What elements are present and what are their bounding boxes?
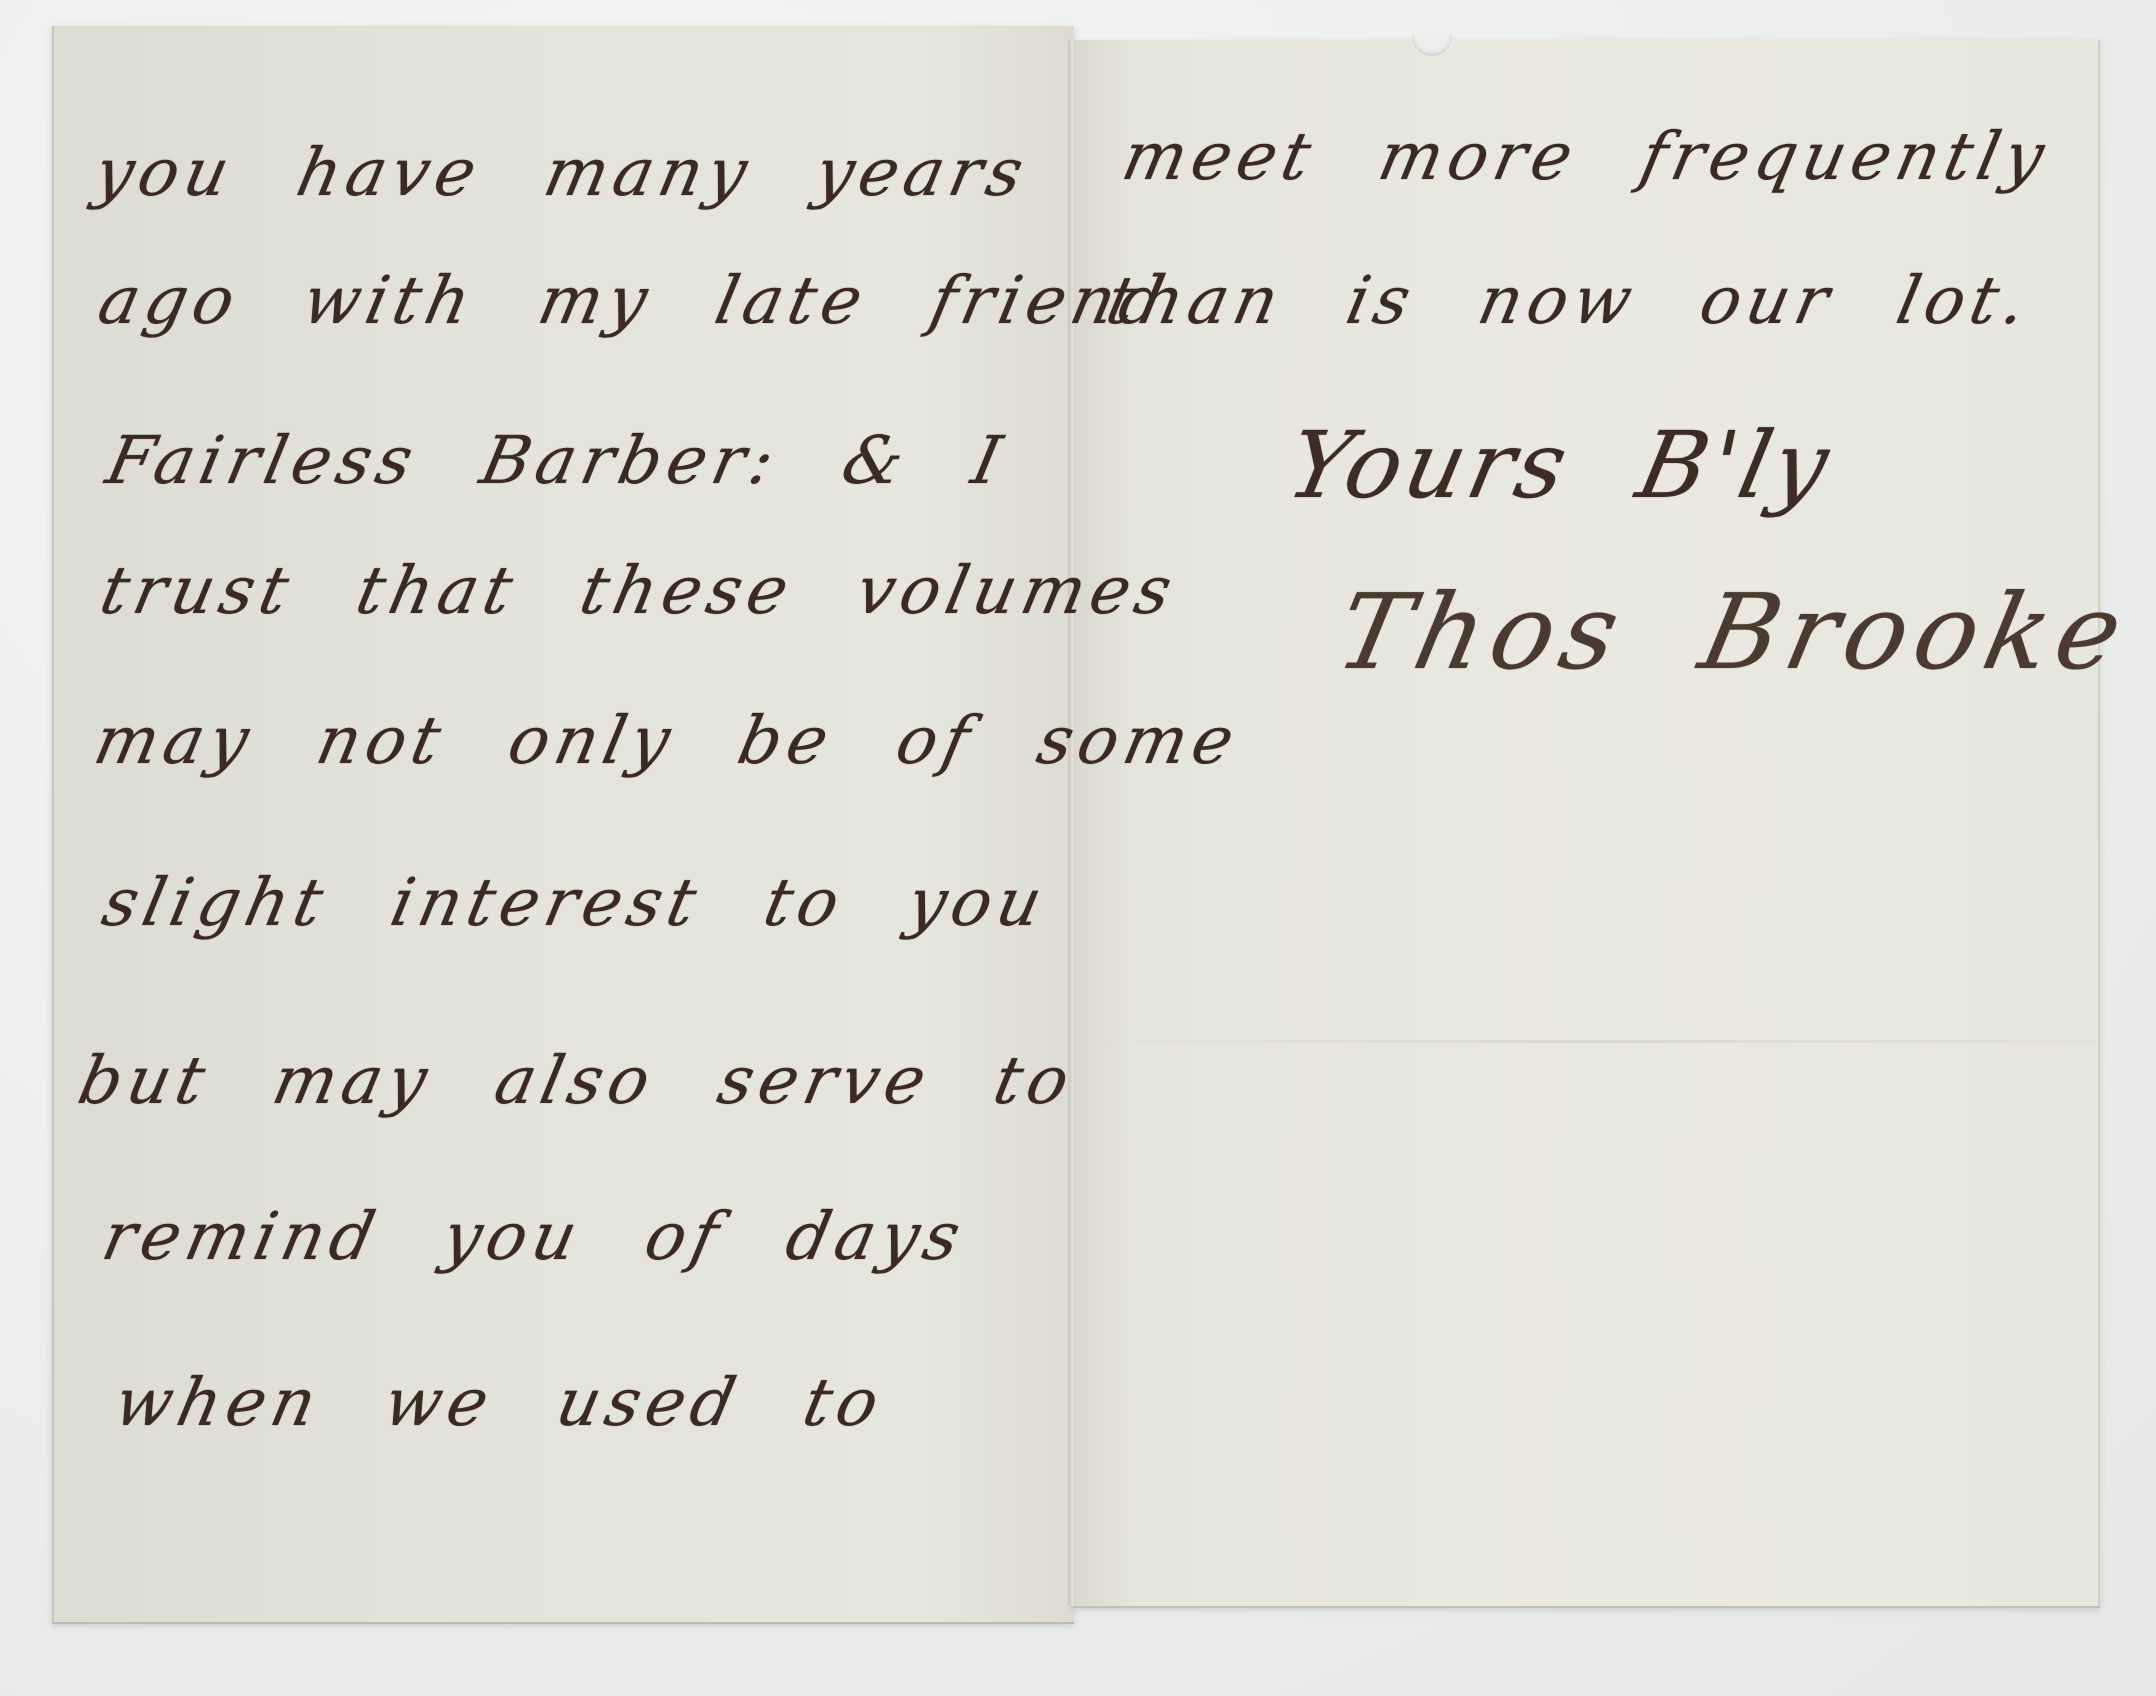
- left-line-4: trust that these volumes: [95, 558, 1183, 624]
- left-line-1: you have many years: [89, 140, 1035, 206]
- left-line-5: may not only be of some: [89, 708, 1245, 774]
- left-line-6: slight interest to you: [97, 870, 1053, 936]
- signature: Thos Brooke: [1329, 580, 2138, 684]
- right-line-2: than is now our lot.: [1101, 268, 2038, 334]
- horizontal-crease: [1076, 1040, 2096, 1043]
- right-line-1: meet more frequently: [1117, 124, 2055, 190]
- paper-notch: [1412, 34, 1452, 56]
- left-line-2: ago with my late friend: [93, 268, 1176, 334]
- left-line-9: when we used to: [109, 1370, 890, 1436]
- left-line-8: remind you of days: [97, 1204, 971, 1270]
- closing-salutation: Yours B'ly: [1280, 420, 1840, 512]
- left-line-3: Fairless Barber: & I: [101, 428, 1013, 494]
- left-line-7: but may also serve to: [73, 1048, 1081, 1114]
